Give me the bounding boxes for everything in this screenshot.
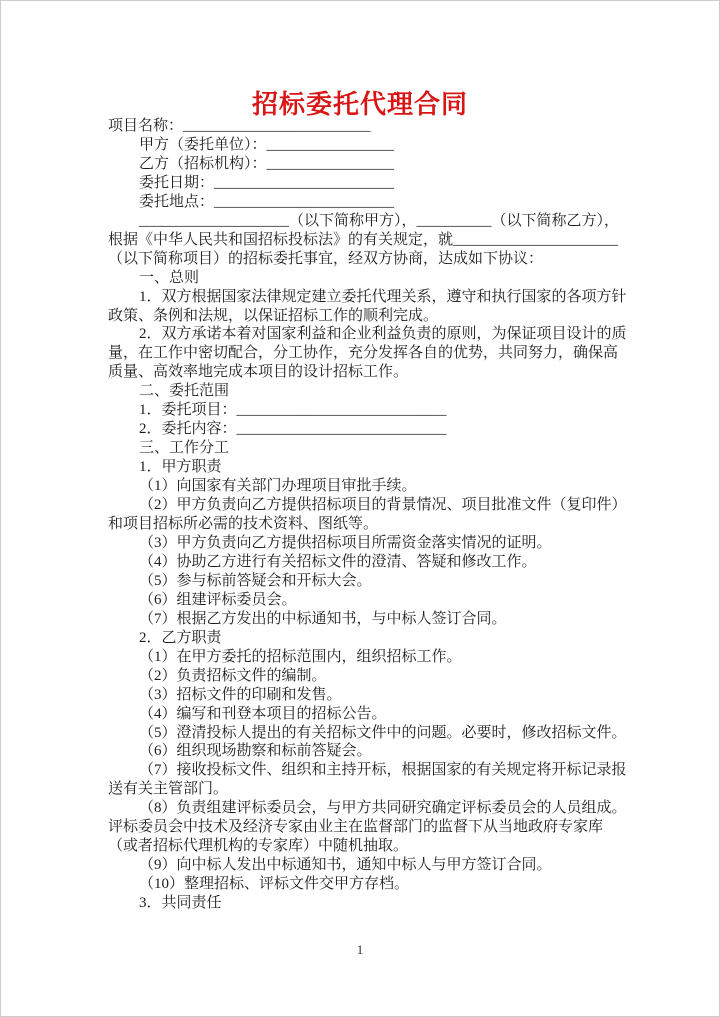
text-line: 和项目招标所必需的技术资料、图纸等。 — [108, 515, 618, 534]
text-line: 根据《中华人民共和国招标投标法》的有关规定，就_________________… — [108, 231, 618, 250]
text-line: （5）澄清投标人提出的有关招标文件中的问题。必要时，修改招标文件。 — [108, 724, 618, 743]
text-line: ____________________（以下简称甲方），__________（… — [108, 212, 618, 231]
text-line: （8）负责组建评标委员会，与甲方共同研究确定评标委员会的人员组成。 — [108, 799, 618, 818]
text-line: （4）编写和刊登本项目的招标公告。 — [108, 705, 618, 724]
text-line: （6）组建评标委员会。 — [108, 591, 618, 610]
text-line: （4）协助乙方进行有关招标文件的澄清、答疑和修改工作。 — [108, 553, 618, 572]
text-line: 2．乙方职责 — [108, 629, 618, 648]
text-line: （10）整理招标、评标文件交甲方存档。 — [108, 875, 618, 894]
document-title: 招标委托代理合同 — [1, 84, 719, 121]
text-line: 委托日期：________________________ — [108, 174, 618, 193]
text-line: （7）接收投标文件、组织和主持开标，根据国家的有关规定将开标记录报 — [108, 761, 618, 780]
text-line: （6）组织现场勘察和标前答疑会。 — [108, 742, 618, 761]
text-line: 3．共同责任 — [108, 894, 618, 913]
text-line: 一、总则 — [108, 269, 618, 288]
text-line: 2．委托内容：____________________________ — [108, 420, 618, 439]
text-line: 质量、高效率地完成本项目的设计招标工作。 — [108, 363, 618, 382]
text-line: 甲方（委托单位）：_________________ — [108, 136, 618, 155]
text-line: 二、委托范围 — [108, 382, 618, 401]
page-number: 1 — [1, 942, 719, 958]
text-line: 送有关主管部门。 — [108, 780, 618, 799]
text-line: 项目名称：_________________________ — [108, 117, 618, 136]
text-line: 政策、条例和法规，以保证招标工作的顺利完成。 — [108, 307, 618, 326]
text-line: （2）甲方负责向乙方提供招标项目的背景情况、项目批准文件（复印件） — [108, 496, 618, 515]
contract-page: 招标委托代理合同 项目名称：_________________________甲… — [0, 0, 720, 1017]
text-line: （1）向国家有关部门办理项目审批手续。 — [108, 477, 618, 496]
text-line: （5）参与标前答疑会和开标大会。 — [108, 572, 618, 591]
text-line: 委托地点：________________________ — [108, 193, 618, 212]
document-body: 项目名称：_________________________甲方（委托单位）：_… — [108, 117, 618, 913]
text-line: 量，在工作中密切配合，分工协作，充分发挥各自的优势，共同努力，确保高 — [108, 344, 618, 363]
text-line: 1．甲方职责 — [108, 458, 618, 477]
text-line: 1．委托项目：____________________________ — [108, 401, 618, 420]
text-line: （7）根据乙方发出的中标通知书，与中标人签订合同。 — [108, 610, 618, 629]
text-line: 2．双方承诺本着对国家利益和企业利益负责的原则，为保证项目设计的质 — [108, 325, 618, 344]
text-line: （或者招标代理机构的专家库）中随机抽取。 — [108, 837, 618, 856]
text-line: 三、工作分工 — [108, 439, 618, 458]
text-line: （以下简称项目）的招标委托事宜，经双方协商，达成如下协议： — [108, 250, 618, 269]
text-line: （1）在甲方委托的招标范围内，组织招标工作。 — [108, 648, 618, 667]
text-line: 乙方（招标机构）：_________________ — [108, 155, 618, 174]
text-line: 评标委员会中技术及经济专家由业主在监督部门的监督下从当地政府专家库 — [108, 818, 618, 837]
text-line: （3）甲方负责向乙方提供招标项目所需资金落实情况的证明。 — [108, 534, 618, 553]
text-line: 1．双方根据国家法律规定建立委托代理关系，遵守和执行国家的各项方针 — [108, 288, 618, 307]
text-line: （9）向中标人发出中标通知书，通知中标人与甲方签订合同。 — [108, 856, 618, 875]
text-line: （2）负责招标文件的编制。 — [108, 667, 618, 686]
text-line: （3）招标文件的印刷和发售。 — [108, 686, 618, 705]
